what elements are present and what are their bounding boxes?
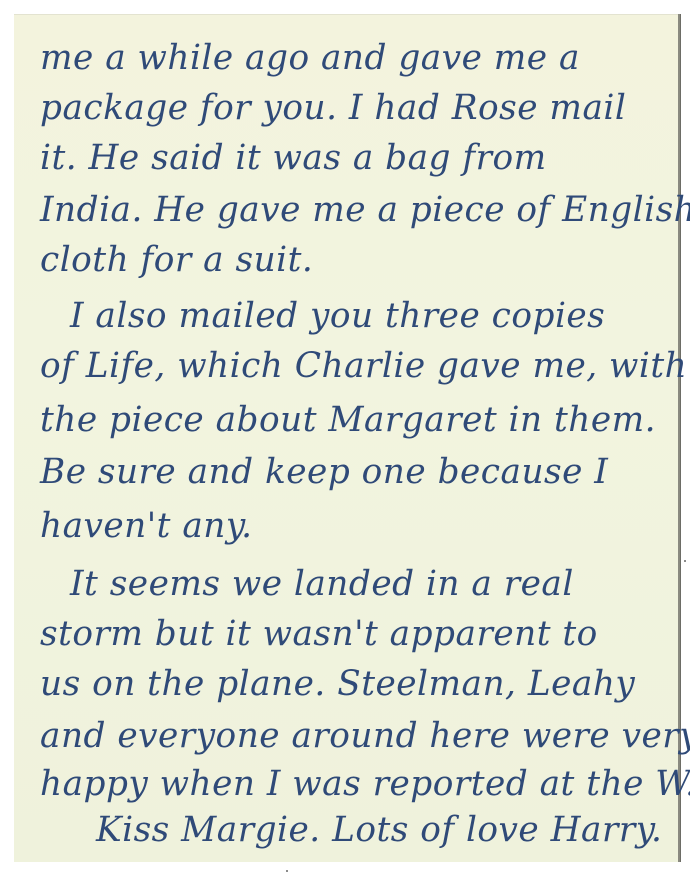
- letter-line-3: it. He said it was a bag from: [40, 138, 547, 178]
- letter-line-9: Be sure and keep one because I: [40, 452, 608, 492]
- letter-line-8: the piece about Margaret in them.: [40, 400, 656, 440]
- letter-paper: me a while ago and gave me a package for…: [14, 14, 681, 862]
- letter-line-10: haven't any.: [40, 506, 253, 546]
- letter-line-4: India. He gave me a piece of English: [40, 190, 690, 230]
- letter-line-15: happy when I was reported at the W.H.: [40, 764, 690, 804]
- letter-line-14: and everyone around here were very: [40, 716, 690, 756]
- letter-line-2: package for you. I had Rose mail: [40, 88, 626, 128]
- letter-line-13: us on the plane. Steelman, Leahy: [40, 664, 635, 704]
- letter-line-1: me a while ago and gave me a: [40, 38, 580, 78]
- letter-signoff: Kiss Margie. Lots of love Harry.: [96, 810, 662, 850]
- letter-line-5: cloth for a suit.: [40, 240, 313, 280]
- letter-line-12: storm but it wasn't apparent to: [40, 614, 598, 654]
- scan-speck: [684, 560, 686, 562]
- letter-line-6: I also mailed you three copies: [70, 296, 605, 336]
- letter-line-11: It seems we landed in a real: [70, 564, 574, 604]
- scan-speck: [286, 870, 288, 872]
- letter-line-7: of Life, which Charlie gave me, with: [40, 346, 687, 386]
- scanned-page: me a while ago and gave me a package for…: [0, 0, 690, 876]
